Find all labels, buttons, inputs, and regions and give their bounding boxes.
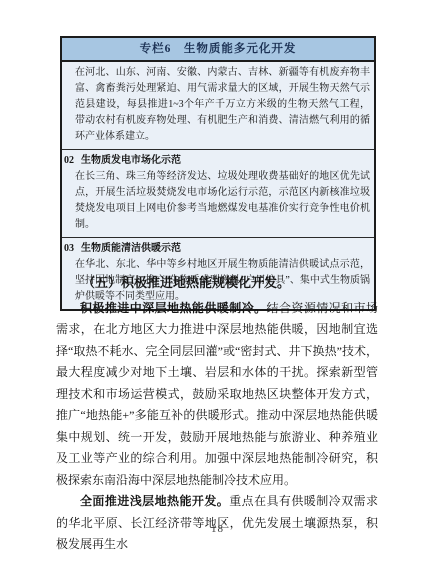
main-text: （五）积极推进地热能规模化开发。 积极推进中深层地热能供暖制冷。结合资源情况和市… (56, 272, 378, 556)
box-section-01: 在河北、山东、河南、安徽、内蒙古、吉林、新疆等有机废弃物丰富、禽畜粪污处理紧迫、… (62, 62, 374, 149)
paragraph-1-lead: 积极推进中深层地热能供暖制冷。 (80, 301, 267, 315)
section-03-number: 03 (64, 243, 74, 254)
paragraph-1: 积极推进中深层地热能供暖制冷。结合资源情况和市场需求，在北方地区大力推进中深层地… (56, 298, 378, 492)
box-title: 专栏6 生物质能多元化开发 (62, 38, 374, 62)
section-02-title: 生物质发电市场化示范 (81, 155, 181, 166)
box-section-02: 02生物质发电市场化示范 在长三角、珠三角等经济发达、垃圾处理收费基础好的地区优… (62, 149, 374, 237)
section-02-number: 02 (64, 155, 74, 166)
paragraph-1-text: 结合资源情况和市场需求，在北方地区大力推进中深层地热能供暖，因地制宜选择“取热不… (56, 301, 378, 487)
section-03-header: 03生物质能清洁供暖示范 (64, 241, 370, 257)
page-number: 18 (0, 523, 435, 535)
subsection-heading: （五）积极推进地热能规模化开发。 (56, 272, 378, 294)
section-02-body: 在长三角、珠三角等经济发达、垃圾处理收费基础好的地区优先试点，开展生活垃圾焚烧发… (75, 169, 370, 233)
column-6-box: 专栏6 生物质能多元化开发 在河北、山东、河南、安徽、内蒙古、吉林、新疆等有机废… (60, 36, 376, 311)
section-03-title: 生物质能清洁供暖示范 (81, 243, 181, 254)
section-01-body: 在河北、山东、河南、安徽、内蒙古、吉林、新疆等有机废弃物丰富、禽畜粪污处理紧迫、… (75, 65, 370, 145)
document-page: 专栏6 生物质能多元化开发 在河北、山东、河南、安徽、内蒙古、吉林、新疆等有机废… (0, 0, 435, 585)
section-02-header: 02生物质发电市场化示范 (64, 153, 370, 169)
paragraph-2-lead: 全面推进浅层地热能开发。 (80, 494, 229, 508)
